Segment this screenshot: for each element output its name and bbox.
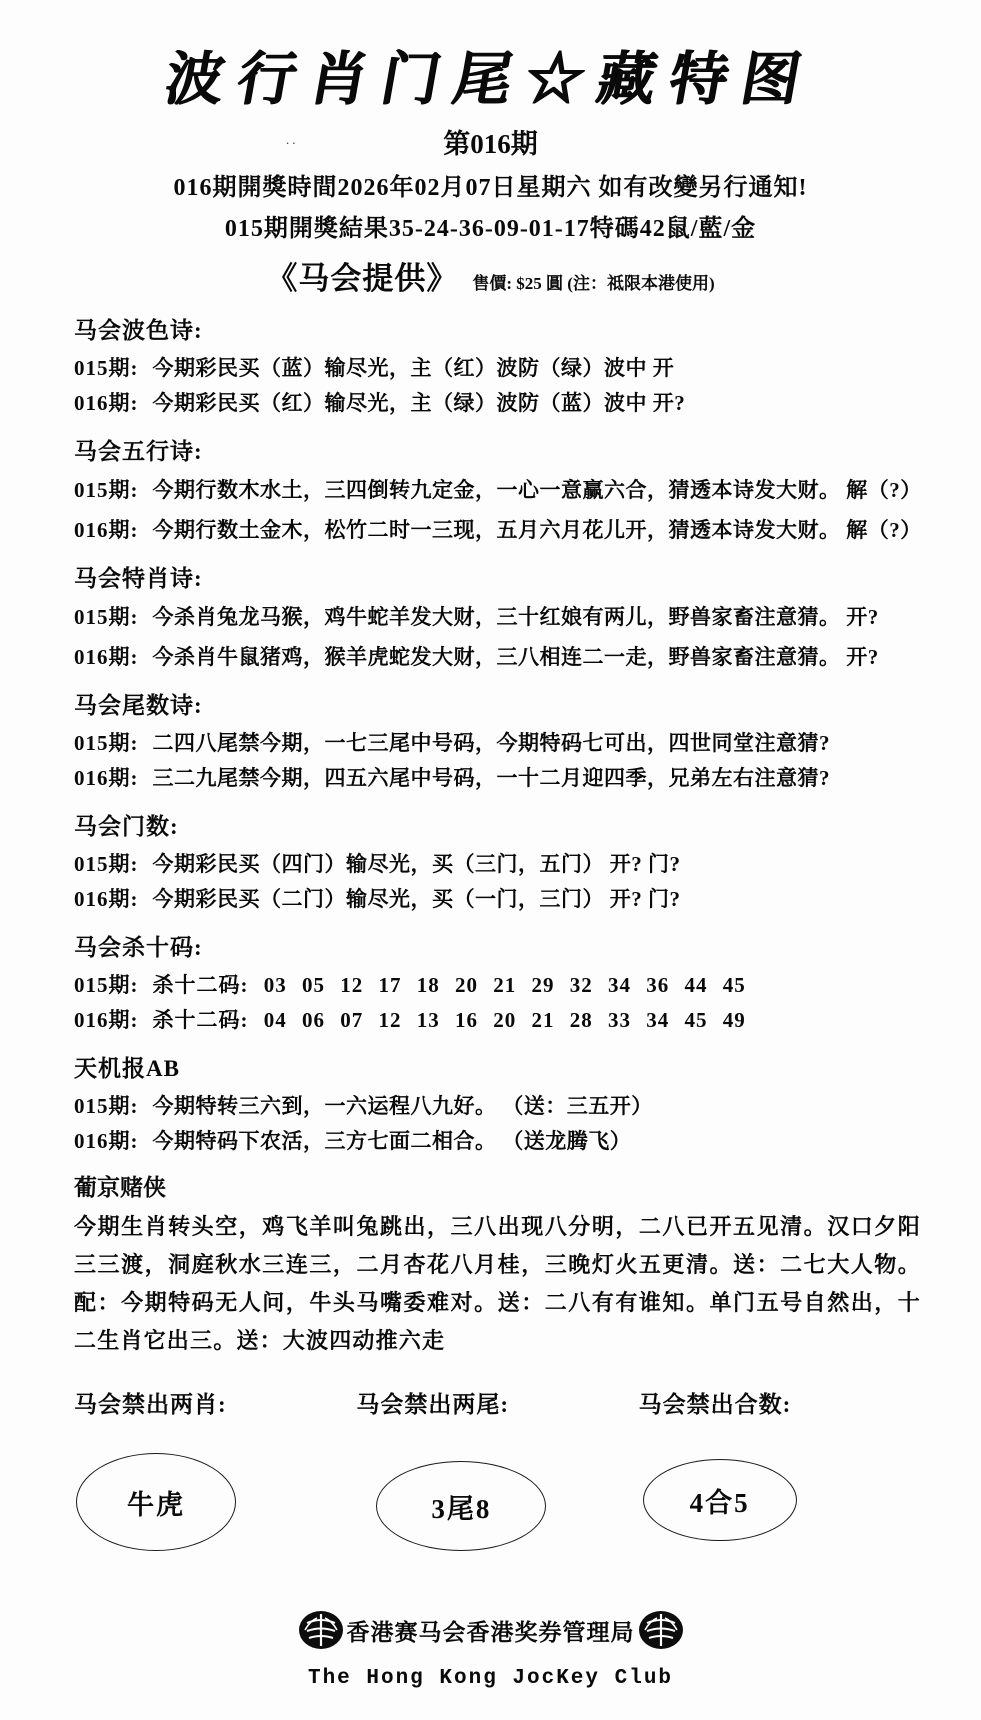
issue-label: 016期:	[74, 1126, 139, 1157]
footer-org-name: 香港赛马会香港奖券管理局	[347, 1614, 635, 1647]
poem-row: 015期: 二四八尾禁今期，一七三尾中号码，今期特码七可出，四世同堂注意猜?	[74, 728, 921, 759]
print-artifact-dots: ..	[286, 132, 299, 148]
draw-time-line: 016期開獎時間2026年02月07日星期六 如有改變另行通知!	[0, 167, 981, 202]
ban-column-sum: 马会禁出合数: 4合5	[639, 1386, 921, 1551]
poem-text: 今期行数木水土，三四倒转九定金，一心一意赢六合，猜透本诗发大财。 解（?）	[153, 475, 922, 506]
provider-name: 《马会提供》	[266, 261, 458, 296]
section-wave-color-poem: 马会波色诗: 015期: 今期彩民买（蓝）输尽光，主（红）波防（绿）波中 开 0…	[74, 312, 921, 419]
section-tianji-report: 天机报AB 015期: 今期特转三六到，一六运程八九好。 （送：三五开） 016…	[74, 1050, 921, 1157]
killed-codes-list: 杀十二码: 03 05 12 17 18 20 21 29 32 34 36 4…	[153, 970, 746, 1001]
footer: 香港赛马会香港奖券管理局 The Hong Kong JocKey Club	[0, 1609, 981, 1690]
hkjc-emblem-icon	[637, 1609, 685, 1651]
forbidden-picks: 马会禁出两肖: 牛虎 马会禁出两尾: 3尾8 马会禁出合数: 4合5	[0, 1386, 981, 1551]
section-title: 马会门数:	[74, 808, 921, 841]
section-title: 葡京赌侠	[74, 1169, 921, 1202]
ban-oval: 牛虎	[76, 1453, 236, 1551]
issue-label: 016期:	[74, 388, 139, 419]
provider-line: 《马会提供》 售價: $25 圓 (注：祗限本港使用)	[0, 253, 981, 298]
poem-text: 今期彩民买（四门）输尽光，买（三门，五门） 开? 门?	[153, 849, 681, 880]
ban-oval: 4合5	[643, 1459, 797, 1541]
section-special-zodiac-poem: 马会特肖诗: 015期: 今杀肖兔龙马猴，鸡牛蛇羊发大财，三十红娘有两儿，野兽家…	[74, 560, 921, 673]
killed-codes-list: 杀十二码: 04 06 07 12 13 16 20 21 28 33 34 4…	[153, 1005, 746, 1036]
issue-line: .. 第016期	[0, 122, 981, 161]
ban-column-tail: 马会禁出两尾: 3尾8	[356, 1386, 638, 1551]
poem-text: 今期行数土金木，松竹二时一三现，五月六月花儿开，猜透本诗发大财。 解（?）	[153, 515, 922, 546]
section-gate-number: 马会门数: 015期: 今期彩民买（四门）输尽光，买（三门，五门） 开? 门? …	[74, 808, 921, 915]
section-title: 天机报AB	[74, 1050, 921, 1083]
poem-row: 016期: 今期彩民买（红）输尽光，主（绿）波防（蓝）波中 开?	[74, 388, 921, 419]
issue-label: 015期:	[74, 475, 139, 506]
poem-text: 今期彩民买（红）输尽光，主（绿）波防（蓝）波中 开?	[153, 388, 686, 419]
killed-codes-row: 016期: 杀十二码: 04 06 07 12 13 16 20 21 28 3…	[74, 1005, 921, 1036]
ban-label: 马会禁出合数:	[639, 1386, 921, 1419]
issue-label: 016期:	[74, 642, 139, 673]
poem-text: 二四八尾禁今期，一七三尾中号码，今期特码七可出，四世同堂注意猜?	[153, 728, 831, 759]
poem-text: 今期彩民买（蓝）输尽光，主（红）波防（绿）波中 开	[153, 353, 675, 384]
footer-org-line: 香港赛马会香港奖券管理局	[0, 1609, 981, 1651]
poem-text: 三二九尾禁今期，四五六尾中号码，一十二月迎四季，兄弟左右注意猜?	[153, 763, 831, 794]
ban-label: 马会禁出两尾:	[356, 1386, 638, 1419]
pujing-paragraph: 今期生肖转头空，鸡飞羊叫兔跳出，三八出现八分明，二八已开五见清。汉口夕阳三三渡，…	[74, 1208, 921, 1360]
section-killed-codes: 马会杀十码: 015期: 杀十二码: 03 05 12 17 18 20 21 …	[74, 929, 921, 1036]
poem-sections: 马会波色诗: 015期: 今期彩民买（蓝）输尽光，主（红）波防（绿）波中 开 0…	[0, 312, 981, 1360]
poem-text: 今期彩民买（二门）输尽光，买（一门，三门） 开? 门?	[153, 884, 681, 915]
poem-row: 015期: 今期行数木水土，三四倒转九定金，一心一意赢六合，猜透本诗发大财。 解…	[74, 475, 921, 506]
issue-label: 015期:	[74, 353, 139, 384]
section-title: 马会波色诗:	[74, 312, 921, 345]
issue-label: 015期:	[74, 849, 139, 880]
issue-label: 016期:	[74, 1005, 139, 1036]
ban-column-zodiac: 马会禁出两肖: 牛虎	[74, 1386, 356, 1551]
poem-row: 015期: 今杀肖兔龙马猴，鸡牛蛇羊发大财，三十红娘有两儿，野兽家畜注意猜。 开…	[74, 602, 921, 633]
issue-number: 第016期	[443, 129, 538, 159]
poem-row: 016期: 今杀肖牛鼠猪鸡，猴羊虎蛇发大财，三八相连二一走，野兽家畜注意猜。 开…	[74, 642, 921, 673]
poem-row: 016期: 三二九尾禁今期，四五六尾中号码，一十二月迎四季，兄弟左右注意猜?	[74, 763, 921, 794]
section-five-elements-poem: 马会五行诗: 015期: 今期行数木水土，三四倒转九定金，一心一意赢六合，猜透本…	[74, 433, 921, 546]
issue-label: 015期:	[74, 970, 139, 1001]
issue-label: 015期:	[74, 602, 139, 633]
poem-row: 015期: 今期彩民买（蓝）输尽光，主（红）波防（绿）波中 开	[74, 353, 921, 384]
ban-oval: 3尾8	[376, 1461, 546, 1551]
poem-row: 016期: 今期彩民买（二门）输尽光，买（一门，三门） 开? 门?	[74, 884, 921, 915]
issue-label: 016期:	[74, 884, 139, 915]
poem-text: 今杀肖兔龙马猴，鸡牛蛇羊发大财，三十红娘有两儿，野兽家畜注意猜。 开?	[153, 602, 879, 633]
section-pujing-gambler: 葡京赌侠 今期生肖转头空，鸡飞羊叫兔跳出，三八出现八分明，二八已开五见清。汉口夕…	[74, 1169, 921, 1360]
section-title: 马会杀十码:	[74, 929, 921, 962]
poem-text: 今期特码下农活，三方七面二相合。 （送龙腾飞）	[153, 1126, 632, 1157]
section-title: 马会尾数诗:	[74, 687, 921, 720]
last-result-line: 015期開獎結果35-24-36-09-01-17特碼42鼠/藍/金	[0, 208, 981, 243]
poem-row: 015期: 今期特转三六到，一六运程八九好。 （送：三五开）	[74, 1091, 921, 1122]
issue-label: 015期:	[74, 1091, 139, 1122]
section-tail-number-poem: 马会尾数诗: 015期: 二四八尾禁今期，一七三尾中号码，今期特码七可出，四世同…	[74, 687, 921, 794]
poem-row: 016期: 今期特码下农活，三方七面二相合。 （送龙腾飞）	[74, 1126, 921, 1157]
killed-codes-row: 015期: 杀十二码: 03 05 12 17 18 20 21 29 32 3…	[74, 970, 921, 1001]
hkjc-emblem-icon	[297, 1609, 345, 1651]
tip-sheet-page: 波行肖门尾☆藏特图 .. 第016期 016期開獎時間2026年02月07日星期…	[0, 0, 981, 1720]
poem-text: 今杀肖牛鼠猪鸡，猴羊虎蛇发大财，三八相连二一走，野兽家畜注意猜。 开?	[153, 642, 879, 673]
issue-label: 016期:	[74, 763, 139, 794]
section-title: 马会特肖诗:	[74, 560, 921, 593]
poem-row: 015期: 今期彩民买（四门）输尽光，买（三门，五门） 开? 门?	[74, 849, 921, 880]
section-title: 马会五行诗:	[74, 433, 921, 466]
issue-label: 015期:	[74, 728, 139, 759]
poem-text: 今期特转三六到，一六运程八九好。 （送：三五开）	[153, 1091, 653, 1122]
page-title: 波行肖门尾☆藏特图	[0, 32, 981, 116]
issue-label: 016期:	[74, 515, 139, 546]
price-note: 售價: $25 圓 (注：祗限本港使用)	[472, 274, 714, 293]
ban-label: 马会禁出两肖:	[74, 1386, 356, 1419]
poem-row: 016期: 今期行数土金木，松竹二时一三现，五月六月花儿开，猜透本诗发大财。 解…	[74, 515, 921, 546]
footer-english-name: The Hong Kong JocKey Club	[0, 1667, 981, 1690]
